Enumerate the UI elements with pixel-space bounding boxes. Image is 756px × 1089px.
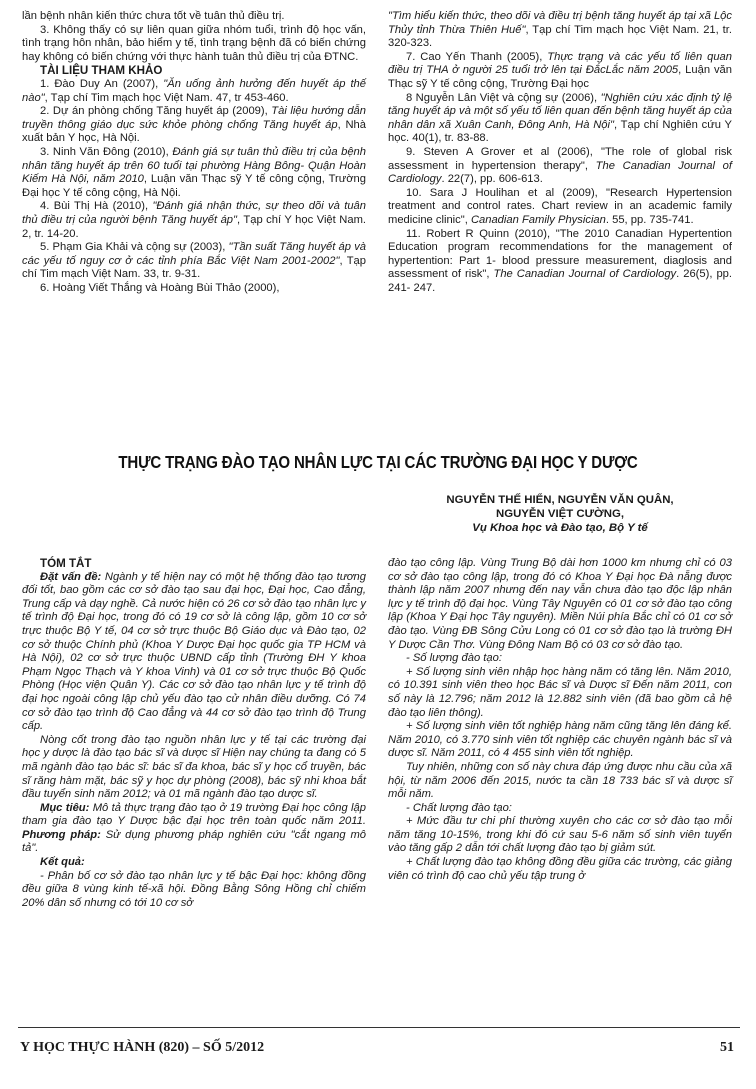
previous-article-left-column: lần bệnh nhân kiến thức chưa tốt về tuân…	[22, 10, 366, 295]
results-label: Kết quả:	[22, 856, 366, 870]
authors-line-2: NGUYỄN VIỆT CƯỜNG,	[390, 507, 730, 521]
author-affiliation: Vụ Khoa học và Đào tạo, Bộ Y tế	[390, 521, 730, 535]
uneven-quality-paragraph: + Chất lượng đào tạo không đồng đều giữa…	[388, 856, 732, 883]
article-right-column: đào tạo công lập. Vùng Trung Bộ dài hơn …	[388, 557, 732, 883]
reference-item: 10. Sara J Houlihan et al (2009), "Resea…	[388, 187, 732, 228]
footer-journal-name: Y HỌC THỰC HÀNH (820) – SỐ 5/2012	[20, 1040, 264, 1056]
distribution-continuation: đào tạo công lập. Vùng Trung Bộ dài hơn …	[388, 557, 732, 652]
investment-paragraph: + Mức đầu tư chi phí thường xuyên cho cá…	[388, 815, 732, 856]
conclusion-3: 3. Không thấy có sự liên quan giữa nhóm …	[22, 24, 366, 65]
previous-article-right-column: "Tìm hiểu kiến thức, theo dõi và điều tr…	[388, 10, 732, 295]
method-label: Phương pháp:	[22, 829, 101, 841]
results-distribution: - Phân bố cơ sở đào tạo nhân lực y tế bậ…	[22, 870, 366, 911]
graduates-paragraph: + Số lượng sinh viên tốt nghiệp hàng năm…	[388, 720, 732, 761]
objective-method-paragraph: Mục tiêu: Mô tả thực trạng đào tạo ở 19 …	[22, 802, 366, 856]
core-paragraph: Nòng cốt trong đào tạo nguồn nhân lực y …	[22, 734, 366, 802]
reference-item: 6. Hoàng Viết Thắng và Hoàng Bùi Thảo (2…	[22, 282, 366, 296]
summary-heading: TÓM TẮT	[22, 557, 366, 571]
reference-item: 5. Phạm Gia Khải và cộng sự (2003), "Tần…	[22, 241, 366, 282]
reference-item: 8 Nguyễn Lân Việt và cộng sự (2006), "Ng…	[388, 92, 732, 146]
reference-item: 4. Bùi Thị Hà (2010), "Đánh giá nhận thứ…	[22, 200, 366, 241]
quality-heading: - Chất lượng đào tạo:	[388, 802, 732, 816]
article-left-column: TÓM TẮT Đặt vấn đề: Ngành y tế hiện nay …	[22, 557, 366, 910]
objective-label: Mục tiêu:	[40, 802, 89, 814]
authors-line-1: NGUYỄN THẾ HIỂN, NGUYỄN VĂN QUÂN,	[390, 493, 730, 507]
problem-label: Đặt vấn đề:	[40, 571, 101, 583]
reference-item: 7. Cao Yến Thanh (2005), Thực trạng và c…	[388, 51, 732, 92]
reference-6-continuation: "Tìm hiểu kiến thức, theo dõi và điều tr…	[388, 10, 732, 51]
enrollment-paragraph: + Số lượng sinh viên nhập học hàng năm c…	[388, 666, 732, 720]
article-title: THỰC TRẠNG ĐÀO TẠO NHÂN LỰC TẠI CÁC TRƯỜ…	[53, 452, 703, 473]
reference-item: 9. Steven A Grover et al (2006), "The ro…	[388, 146, 732, 187]
problem-paragraph: Đặt vấn đề: Ngành y tế hiện nay có một h…	[22, 571, 366, 734]
continuation-text: lần bệnh nhân kiến thức chưa tốt về tuân…	[22, 10, 366, 24]
footer-divider	[18, 1027, 740, 1028]
reference-item: 3. Ninh Văn Đông (2010), Đánh giá sự tuâ…	[22, 146, 366, 200]
however-paragraph: Tuy nhiên, những con số này chưa đáp ứng…	[388, 761, 732, 802]
quantity-heading: - Số lượng đào tạo:	[388, 652, 732, 666]
references-heading: TÀI LIỆU THAM KHẢO	[22, 64, 366, 78]
page-number: 51	[720, 1040, 734, 1056]
reference-item: 11. Robert R Quinn (2010), "The 2010 Can…	[388, 228, 732, 296]
reference-item: 1. Đào Duy An (2007), "Ăn uống ảnh hưởng…	[22, 78, 366, 105]
reference-item: 2. Dự án phòng chống Tăng huyết áp (2009…	[22, 105, 366, 146]
author-block: NGUYỄN THẾ HIỂN, NGUYỄN VĂN QUÂN, NGUYỄN…	[390, 493, 730, 535]
